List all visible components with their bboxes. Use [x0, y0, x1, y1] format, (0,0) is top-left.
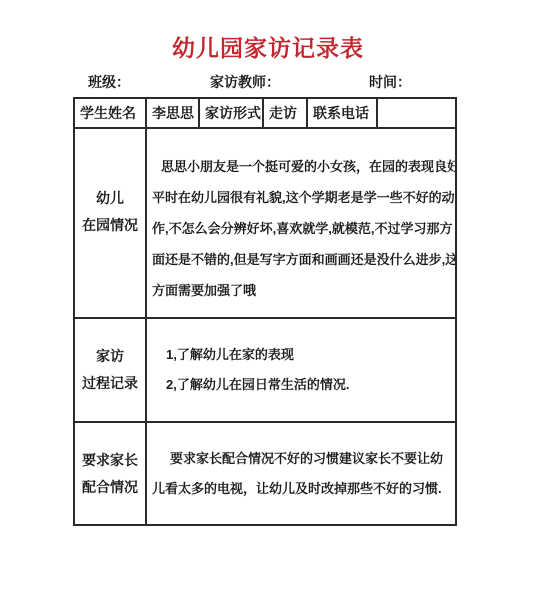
phone-value-cell [377, 98, 456, 128]
label-line: 配合情况 [82, 474, 138, 501]
label-line: 要求家长 [82, 447, 138, 474]
label-line: 在园情况 [82, 212, 138, 239]
time-label: 时间： [369, 72, 411, 92]
visit-form-label: 家访形式 [199, 98, 263, 128]
label-line: 幼儿 [82, 185, 138, 212]
visit-process-label: 家访 过程记录 [74, 318, 146, 422]
student-name-label: 学生姓名 [74, 98, 146, 128]
parent-cooperation-content: 要求家长配合情况不好的习惯建议家长不要让幼 儿看太多的电视，让幼儿及时改掉那些不… [146, 422, 456, 525]
row-parent-cooperation: 要求家长 配合情况 要求家长配合情况不好的习惯建议家长不要让幼 儿看太多的电视，… [74, 422, 456, 525]
content-line: 儿看太多的电视，让幼儿及时改掉那些不好的习惯. [152, 474, 452, 504]
row-visit-process: 家访 过程记录 1,了解幼儿在家的表现 2,了解幼儿在园日常生活的情况. [74, 318, 456, 422]
row-kindergarten-status: 幼儿 在园情况 思思小朋友是一个挺可爱的小女孩，在园的表现良好， 平时在幼儿园很… [74, 128, 456, 318]
content-line: 作,不怎么会分辨好坏,喜欢就学,就模范,不过学习那方 [152, 213, 452, 244]
parent-cooperation-label: 要求家长 配合情况 [74, 422, 146, 525]
teacher-label: 家访教师： [210, 72, 280, 92]
home-visit-form: 幼儿园家访记录表 班级： 家访教师： 时间： 学生姓名 李思思 家访形式 走访 … [0, 0, 536, 600]
content-line: 2,了解幼儿在园日常生活的情况. [166, 370, 452, 400]
content-line: 平时在幼儿园很有礼貌,这个学期老是学一些不好的动 [152, 182, 452, 213]
content-line: 要求家长配合情况不好的习惯建议家长不要让幼 [152, 444, 452, 474]
student-name-value: 李思思 [146, 98, 199, 128]
class-label: 班级： [88, 72, 130, 92]
form-title: 幼儿园家访记录表 [0, 30, 536, 63]
label-line: 过程记录 [82, 370, 138, 397]
content-line: 面还是不错的,但是写字方面和画画还是没什么进步,这 [152, 244, 452, 275]
header-row: 学生姓名 李思思 家访形式 走访 联系电话 [74, 98, 456, 128]
phone-label: 联系电话 [307, 98, 377, 128]
content-line: 方面需要加强了哦 [152, 275, 452, 306]
kindergarten-status-content: 思思小朋友是一个挺可爱的小女孩，在园的表现良好， 平时在幼儿园很有礼貌,这个学期… [146, 128, 456, 318]
content-line: 思思小朋友是一个挺可爱的小女孩，在园的表现良好， [152, 151, 452, 182]
visit-form-value: 走访 [263, 98, 307, 128]
kindergarten-status-label: 幼儿 在园情况 [74, 128, 146, 318]
record-table: 学生姓名 李思思 家访形式 走访 联系电话 幼儿 在园情况 思思小朋友是一个挺可… [73, 97, 457, 526]
visit-process-content: 1,了解幼儿在家的表现 2,了解幼儿在园日常生活的情况. [146, 318, 456, 422]
label-line: 家访 [82, 343, 138, 370]
content-line: 1,了解幼儿在家的表现 [166, 340, 452, 370]
